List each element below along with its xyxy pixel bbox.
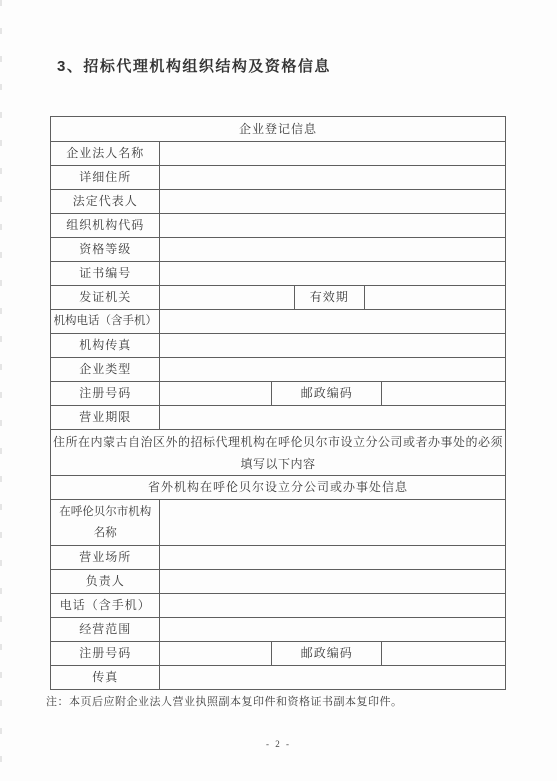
field-label: 注册号码	[51, 382, 160, 405]
table-row: 在呼伦贝尔市机构名称	[51, 499, 505, 545]
field-label: 邮政编码	[272, 382, 382, 405]
table-row: 发证机关有效期	[51, 285, 505, 309]
table-row: 注册号码邮政编码	[51, 381, 505, 405]
label-line: 企业类型	[79, 359, 131, 380]
note-line: 住所在内蒙古自治区外的招标代理机构在呼伦贝尔市设立分公司或者办事处的必须	[53, 431, 503, 453]
value-cell	[160, 286, 294, 309]
value-cell	[160, 666, 505, 689]
field-label: 电话（含手机）	[51, 594, 160, 617]
table-row: 证书编号	[51, 261, 505, 285]
field-label: 传真	[51, 666, 160, 689]
table-row: 组织机构代码	[51, 213, 505, 237]
field-label: 负责人	[51, 570, 160, 593]
value-cell	[160, 334, 505, 357]
field-label: 企业类型	[51, 358, 160, 381]
table-row: 注册号码邮政编码	[51, 641, 505, 665]
value-cell	[160, 594, 505, 617]
label-line: 企业法人名称	[66, 143, 144, 164]
field-label: 组织机构代码	[51, 214, 160, 237]
field-label: 邮政编码	[272, 642, 382, 665]
field-label: 在呼伦贝尔市机构名称	[51, 500, 160, 545]
field-label: 机构传真	[51, 334, 160, 357]
table-row: 企业登记信息	[51, 117, 505, 141]
table-row: 企业类型	[51, 357, 505, 381]
value-cell	[160, 310, 505, 333]
value-cell	[160, 238, 505, 261]
label-line: 负责人	[86, 571, 125, 592]
value-cell	[160, 190, 505, 213]
field-label: 营业期限	[51, 406, 160, 429]
document-page: 3、招标代理机构组织结构及资格信息 企业登记信息企业法人名称详细住所法定代表人组…	[0, 0, 557, 781]
section-header: 省外机构在呼伦贝尔设立分公司或办事处信息	[51, 476, 505, 499]
field-label: 企业法人名称	[51, 142, 160, 165]
value-cell	[160, 406, 505, 429]
label-line: 传真	[92, 667, 118, 688]
page-title: 3、招标代理机构组织结构及资格信息	[57, 55, 331, 76]
value-cell	[160, 166, 505, 189]
table-row: 机构传真	[51, 333, 505, 357]
table-row: 机构电话（含手机）	[51, 309, 505, 333]
value-cell	[160, 570, 505, 593]
value-cell	[160, 358, 505, 381]
field-label: 详细住所	[51, 166, 160, 189]
value-cell	[160, 382, 272, 405]
value-cell	[382, 642, 505, 665]
label-line: 机构电话（含手机）	[53, 311, 157, 332]
label-line: 组织机构代码	[66, 215, 144, 236]
table-row: 经营范围	[51, 617, 505, 641]
section-header: 企业登记信息	[51, 117, 505, 141]
label-line: 电话（含手机）	[60, 595, 151, 616]
label-line: 法定代表人	[73, 191, 138, 212]
label-line: 在呼伦贝尔市机构	[59, 502, 151, 523]
value-cell	[160, 142, 505, 165]
field-label: 有效期	[295, 286, 365, 309]
field-label: 发证机关	[51, 286, 160, 309]
label-line: 详细住所	[79, 167, 131, 188]
label-line: 证书编号	[79, 263, 131, 284]
registration-form-table: 企业登记信息企业法人名称详细住所法定代表人组织机构代码资格等级证书编号发证机关有…	[50, 116, 506, 690]
label-line: 经营范围	[79, 619, 131, 640]
footnote: 注：本页后应附企业法人营业执照副本复印件和资格证书副本复印件。	[46, 693, 403, 709]
note-text: 住所在内蒙古自治区外的招标代理机构在呼伦贝尔市设立分公司或者办事处的必须填写以下…	[51, 430, 505, 475]
value-cell	[160, 500, 505, 545]
label-line: 机构传真	[79, 335, 131, 356]
label-line: 资格等级	[79, 239, 131, 260]
value-cell	[160, 618, 505, 641]
table-row: 传真	[51, 665, 505, 689]
field-label: 证书编号	[51, 262, 160, 285]
note-line: 填写以下内容	[240, 453, 315, 475]
table-row: 企业法人名称	[51, 141, 505, 165]
table-row: 电话（含手机）	[51, 593, 505, 617]
field-label: 法定代表人	[51, 190, 160, 213]
field-label: 经营范围	[51, 618, 160, 641]
label-line: 名称	[94, 523, 117, 544]
table-row: 营业期限	[51, 405, 505, 429]
scan-edge-artifact	[0, 0, 2, 781]
value-cell	[160, 262, 505, 285]
table-row: 住所在内蒙古自治区外的招标代理机构在呼伦贝尔市设立分公司或者办事处的必须填写以下…	[51, 429, 505, 475]
table-row: 资格等级	[51, 237, 505, 261]
field-label: 营业场所	[51, 546, 160, 569]
table-row: 负责人	[51, 569, 505, 593]
field-label: 机构电话（含手机）	[51, 310, 160, 333]
field-label: 资格等级	[51, 238, 160, 261]
value-cell	[365, 286, 505, 309]
value-cell	[160, 214, 505, 237]
page-number: - 2 -	[0, 739, 557, 749]
field-label: 注册号码	[51, 642, 160, 665]
table-row: 法定代表人	[51, 189, 505, 213]
value-cell	[382, 382, 505, 405]
table-row: 营业场所	[51, 545, 505, 569]
table-row: 省外机构在呼伦贝尔设立分公司或办事处信息	[51, 475, 505, 499]
value-cell	[160, 642, 272, 665]
value-cell	[160, 546, 505, 569]
label-line: 营业场所	[79, 547, 131, 568]
table-row: 详细住所	[51, 165, 505, 189]
label-line: 营业期限	[79, 407, 131, 428]
